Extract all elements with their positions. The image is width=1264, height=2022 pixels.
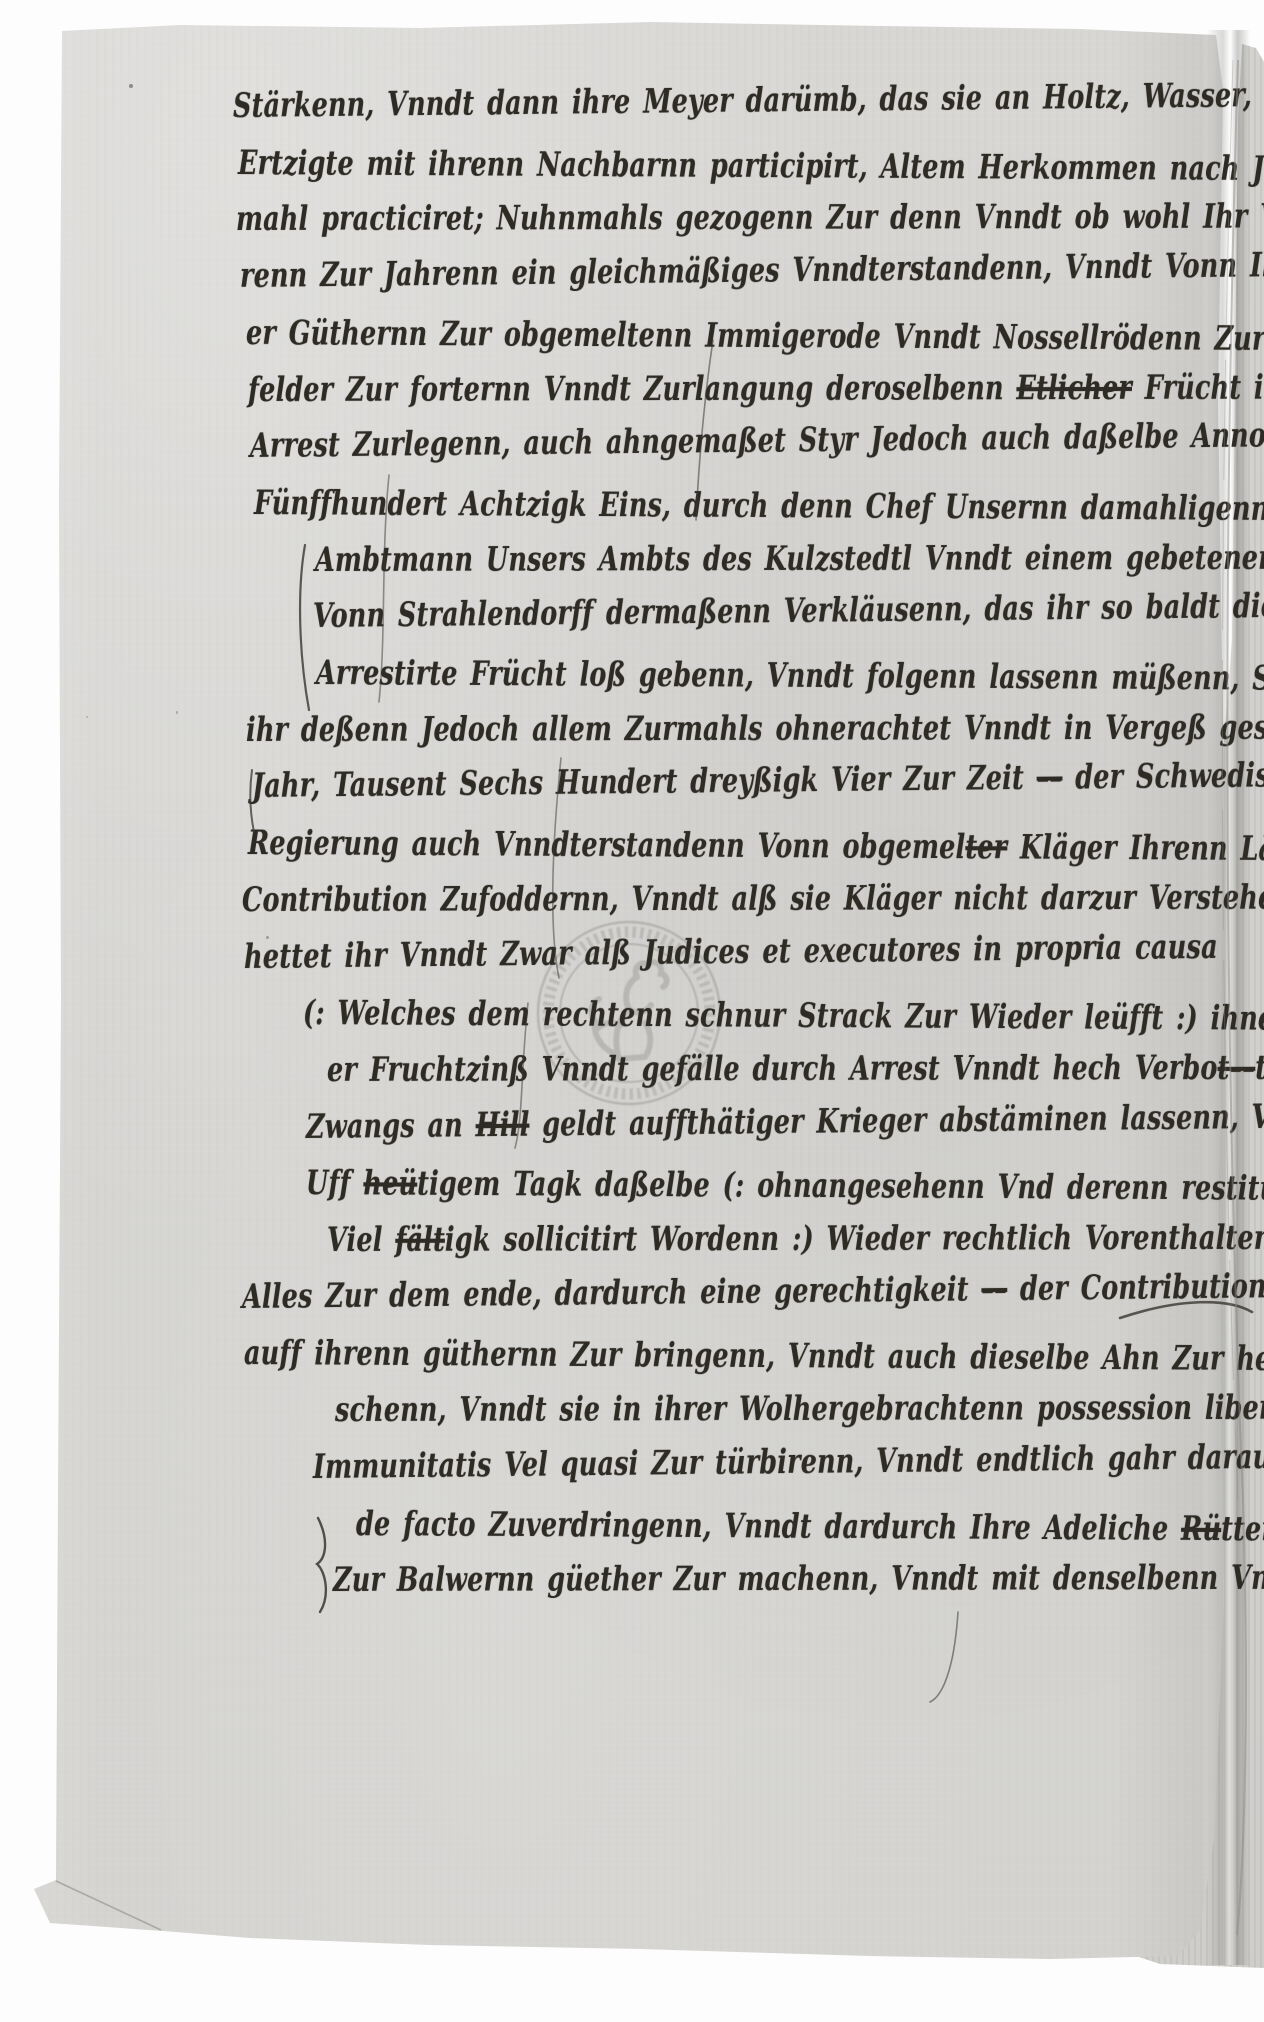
manuscript-line: Ertzigte mit ihrenn Nachbarnn participir… — [238, 135, 1264, 197]
manuscript-line: Regierung auch Vnndterstandenn Vonn obge… — [248, 815, 1264, 878]
manuscript-line: Arrest Zurlegenn, auch ahngemaßet Styr J… — [250, 406, 1264, 474]
manuscript-line: Fünffhundert Achtzigk Eins, durch denn C… — [254, 475, 1264, 537]
manuscript-line: er Fruchtzinß Vnndt gefälle durch Arrest… — [327, 1040, 1264, 1098]
manuscript-line: er Güthernn Zur obgemeltenn Immigerode V… — [246, 305, 1264, 367]
manuscript-line: Vonn Strahlendorff dermaßenn Verkläusenn… — [313, 577, 1264, 644]
ink-speck — [266, 936, 269, 939]
manuscript-line: Stärkenn, Vnndt dann ihre Meyer darümb, … — [233, 66, 1264, 134]
ink-speck — [176, 711, 178, 714]
ink-speck — [129, 84, 133, 88]
manuscript-line: auff ihrenn güthernn Zur bringenn, Vnndt… — [244, 1325, 1264, 1387]
manuscript-line: Jahr, Tausent Sechs Hundert dreyßigk Vie… — [252, 747, 1264, 815]
text-block: Stärkenn, Vnndt dann ihre Meyer darümb, … — [0, 0, 1264, 2022]
manuscript-line: Uff heütigem Tagk daßelbe (: ohnangesehe… — [306, 1155, 1264, 1217]
manuscript-line: schenn, Vnndt sie in ihrer Wolhergebrach… — [335, 1380, 1264, 1438]
manuscript-line: Alles Zur dem ende, dardurch eine gerech… — [242, 1258, 1264, 1325]
manuscript-line: de facto Zuverdringenn, Vnndt dardurch I… — [356, 1496, 1264, 1558]
manuscript-line: Zur Balwernn güether Zur machenn, Vnndt … — [333, 1550, 1264, 1608]
manuscript-line: hettet ihr Vnndt Zwar alß Judices et exe… — [244, 918, 1218, 984]
manuscript-line: (: Welches dem rechtenn schnur Strack Zu… — [303, 985, 1264, 1048]
manuscript-line: Zwangs an Hill geldt auffthätiger Kriege… — [306, 1087, 1264, 1154]
manuscript-line: Arrestirte Frücht loß gebenn, Vnndt folg… — [316, 645, 1264, 707]
manuscript-scan: Stärkenn, Vnndt dann ihre Meyer darümb, … — [0, 0, 1264, 2022]
ink-speck — [86, 716, 88, 718]
manuscript-line: Immunitatis Vel quasi Zur türbirenn, Vnn… — [313, 1429, 1264, 1495]
